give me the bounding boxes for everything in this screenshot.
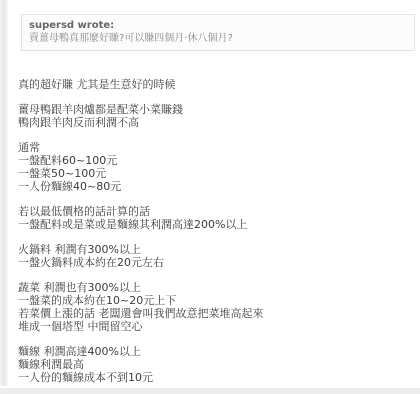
post-line: 麵線利潤最高 [18, 358, 418, 371]
post-line: 一盤菜50~100元 [18, 167, 418, 180]
post-line: 一盤配料或是菜或是麵線其利潤高達200%以上 [18, 218, 418, 231]
post-line: 鴨肉跟羊肉反而利潤不高 [18, 116, 418, 129]
post-paragraph: 麵線 利潤高達400%以上 麵線利潤最高 一人份的麵線成本不到10元 [18, 345, 418, 384]
quoted-post: supersd wrote: 賣薑母鴨真那麼好賺?可以賺四個月‧休八個月? [21, 14, 415, 51]
post-line: 真的超好賺 尤其是生意好的時候 [18, 78, 418, 91]
post-paragraph: 火鍋料 利潤有300%以上 一盤火鍋料成本約在20元左右 [18, 243, 418, 269]
post-line: 通常 [18, 141, 418, 154]
left-edge-strip [0, 0, 8, 386]
post-paragraph: 真的超好賺 尤其是生意好的時候 [18, 78, 418, 91]
post-line: 若菜價上漲的話 老闆還會叫我們故意把菜堆高起來 [18, 307, 418, 320]
post-line: 若以最低價格的話計算的話 [18, 205, 418, 218]
post-line: 一盤配料60~100元 [18, 154, 418, 167]
post-paragraph: 若以最低價格的話計算的話 一盤配料或是菜或是麵線其利潤高達200%以上 [18, 205, 418, 231]
post-line: 一人份麵線40~80元 [18, 180, 418, 193]
post-line: 火鍋料 利潤有300%以上 [18, 243, 418, 256]
post-line: 一人份的麵線成本不到10元 [18, 371, 418, 384]
post-paragraph: 薑母鴨跟羊肉爐都是配菜小菜賺錢 鴨肉跟羊肉反而利潤不高 [18, 103, 418, 129]
post-line: 薑母鴨跟羊肉爐都是配菜小菜賺錢 [18, 103, 418, 116]
forum-post: supersd wrote: 賣薑母鴨真那麼好賺?可以賺四個月‧休八個月? 真的… [18, 14, 418, 394]
post-body: 真的超好賺 尤其是生意好的時候 薑母鴨跟羊肉爐都是配菜小菜賺錢 鴨肉跟羊肉反而利… [18, 78, 418, 384]
post-line: 一盤火鍋料成本約在20元左右 [18, 256, 418, 269]
post-paragraph: 蔬菜 利潤也有300%以上 一盤菜的成本約在10~20元上下 若菜價上漲的話 老… [18, 281, 418, 333]
post-line: 一盤菜的成本約在10~20元上下 [18, 294, 418, 307]
post-paragraph: 通常 一盤配料60~100元 一盤菜50~100元 一人份麵線40~80元 [18, 141, 418, 193]
post-line: 蔬菜 利潤也有300%以上 [18, 281, 418, 294]
post-line: 堆成一個塔型 中間留空心 [18, 320, 418, 333]
quote-text: 賣薑母鴨真那麼好賺?可以賺四個月‧休八個月? [29, 32, 407, 45]
post-line: 麵線 利潤高達400%以上 [18, 345, 418, 358]
quote-author: supersd wrote: [29, 19, 407, 32]
